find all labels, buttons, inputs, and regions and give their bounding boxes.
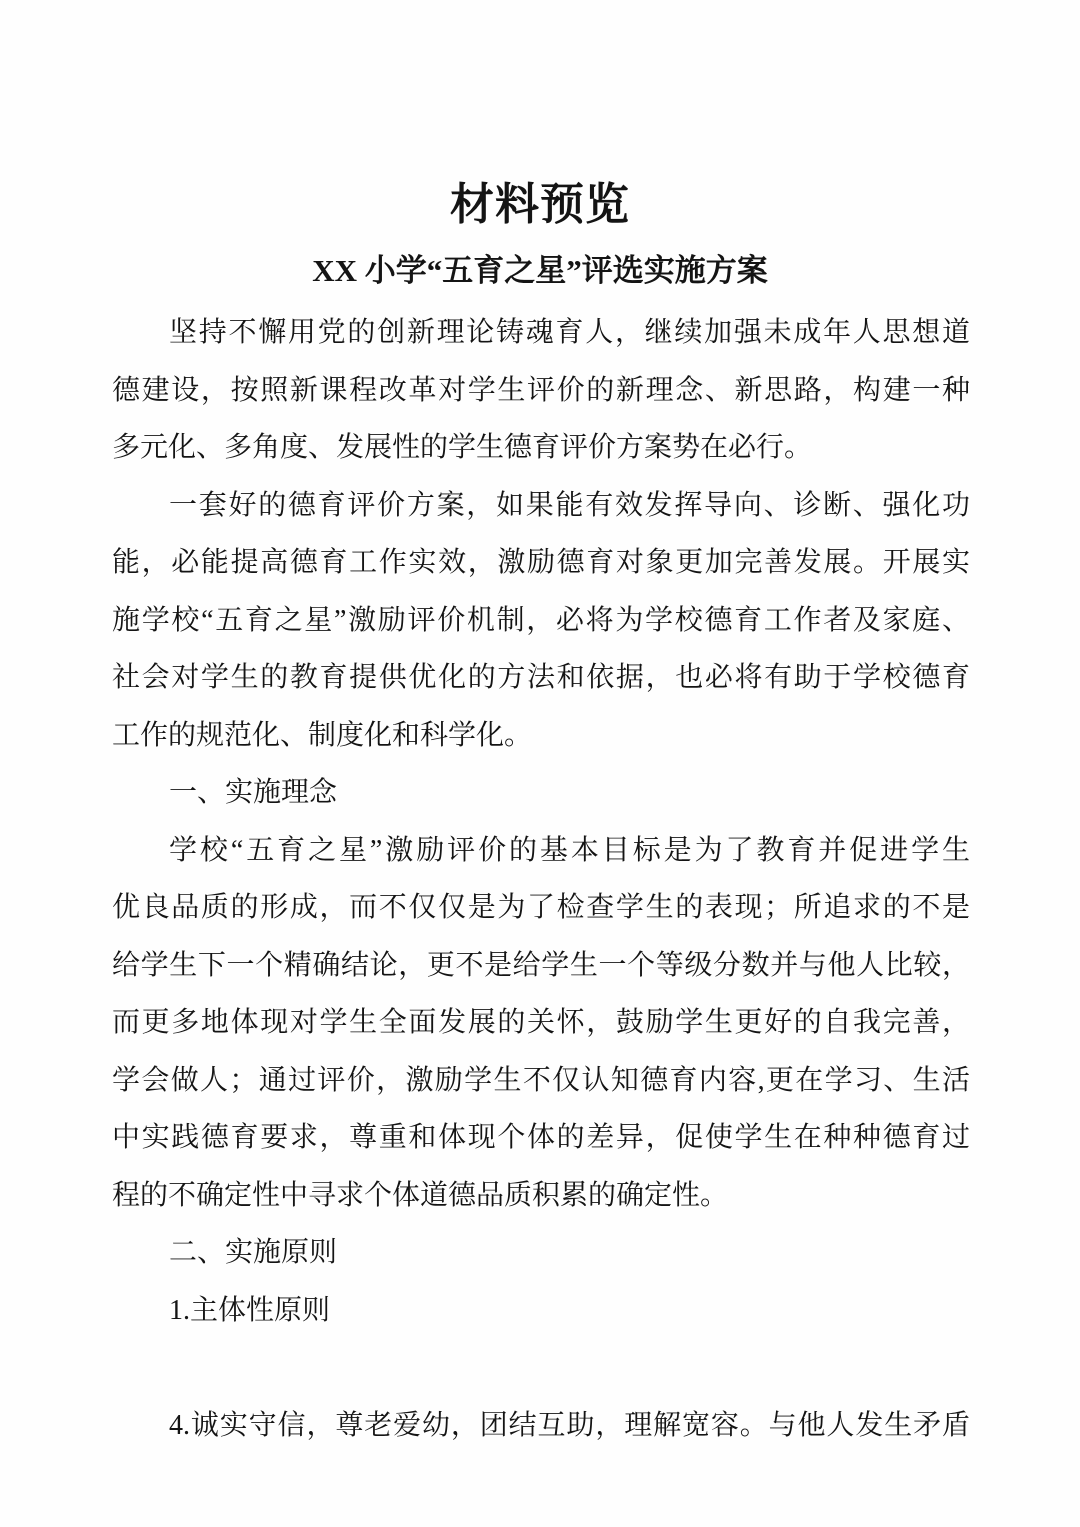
text-line: 社会对学生的教育提供优化的方法和依据，也必将有助于学校德育 bbox=[112, 649, 970, 707]
text-line: 程的不确定性中寻求个体道德品质积累的确定性。 bbox=[112, 1167, 970, 1225]
text-line: 中实践德育要求，尊重和体现个体的差异，促使学生在种种德育过 bbox=[112, 1109, 970, 1167]
doc-subtitle: XX 小学“五育之星”评选实施方案 bbox=[0, 254, 1080, 288]
section-heading: 一、实施理念 bbox=[112, 764, 970, 822]
text-line: 学校“五育之星”激励评价的基本目标是为了教育并促进学生 bbox=[112, 822, 970, 880]
text-line: 工作的规范化、制度化和科学化。 bbox=[112, 707, 970, 765]
text-line: 4.诚实守信，尊老爱幼，团结互助，理解宽容。与他人发生矛盾 bbox=[112, 1397, 970, 1455]
text-line: 能，必能提高德育工作实效，激励德育对象更加完善发展。开展实 bbox=[112, 534, 970, 592]
text-line: 而更多地体现对学生全面发展的关怀，鼓励学生更好的自我完善， bbox=[112, 994, 970, 1052]
text-line: 坚持不懈用党的创新理论铸魂育人，继续加强未成年人思想道 bbox=[112, 304, 970, 362]
document-body: 坚持不懈用党的创新理论铸魂育人，继续加强未成年人思想道德建设，按照新课程改革对学… bbox=[112, 304, 970, 1454]
section-heading: 二、实施原则 bbox=[112, 1224, 970, 1282]
text-line: 给学生下一个精确结论，更不是给学生一个等级分数并与他人比较， bbox=[112, 937, 970, 995]
text-line: 多元化、多角度、发展性的学生德育评价方案势在必行。 bbox=[112, 419, 970, 477]
section-heading: 1.主体性原则 bbox=[112, 1282, 970, 1340]
blank-line bbox=[112, 1339, 970, 1397]
text-line: 施学校“五育之星”激励评价机制，必将为学校德育工作者及家庭、 bbox=[112, 592, 970, 650]
page-title: 材料预览 bbox=[0, 0, 1080, 228]
document-page: 材料预览 XX 小学“五育之星”评选实施方案 坚持不懈用党的创新理论铸魂育人，继… bbox=[0, 0, 1080, 1527]
text-line: 德建设，按照新课程改革对学生评价的新理念、新思路，构建一种 bbox=[112, 362, 970, 420]
text-line: 一套好的德育评价方案，如果能有效发挥导向、诊断、强化功 bbox=[112, 477, 970, 535]
text-line: 学会做人；通过评价，激励学生不仅认知德育内容,更在学习、生活 bbox=[112, 1052, 970, 1110]
text-line: 优良品质的形成，而不仅仅是为了检查学生的表现；所追求的不是 bbox=[112, 879, 970, 937]
